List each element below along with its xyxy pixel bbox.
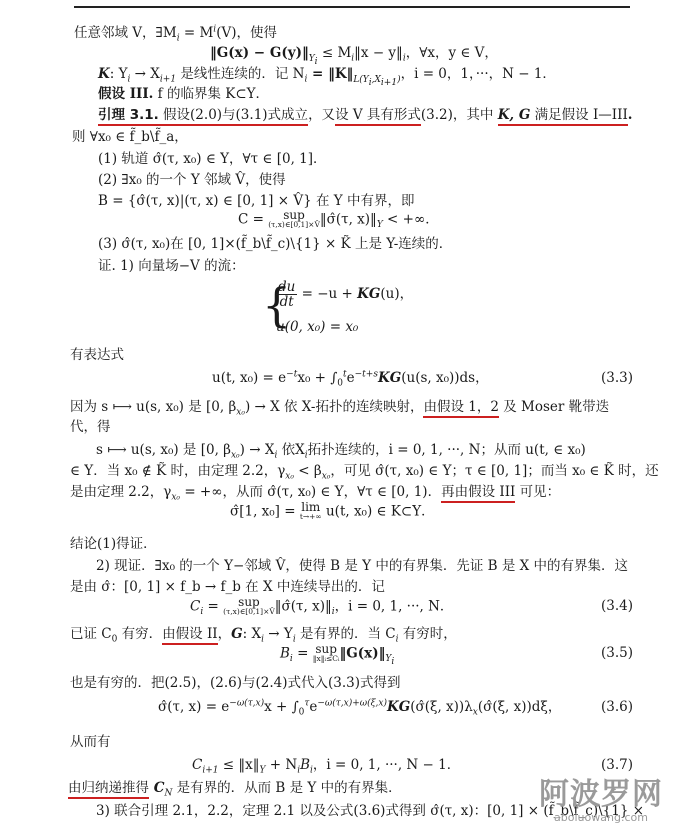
text: (σ̂(ξ, x))dξ， xyxy=(478,699,562,715)
text-line-finite: 也是有穷的．把(2.5)，(2.6)与(2.4)式代入(3.3)式得到 xyxy=(70,674,401,692)
watermark: 阿波罗网 aboluowang.com xyxy=(539,779,663,825)
lemma-3-1: 引理 3.1. 假设(2.0)与(3.1)式成立，又设 V 具有形式(3.2)，… xyxy=(98,106,633,124)
text: 已证 C xyxy=(70,626,112,642)
equation-number: (3.4) xyxy=(601,597,633,615)
text-expression-intro: 有表达式 xyxy=(70,346,124,364)
text: dt xyxy=(276,295,297,309)
equation-3-4: Ci = sup(τ,x)∈[0,1]×V̂‖σ̂(τ, x)‖i，i = 0,… xyxy=(190,597,673,617)
text: + N xyxy=(265,757,297,773)
item-2: (2) ∃x₀ 的一个 Y 邻域 V̂，使得 xyxy=(98,171,286,189)
item-1: (1) 轨道 σ̂(τ, x₀) ∈ Y，∀τ ∈ [0, 1]． xyxy=(98,150,327,168)
text: x₀ + ∫ xyxy=(297,370,337,386)
text: x + ∫ xyxy=(264,699,299,715)
text: ，∀x，y ∈ V， xyxy=(406,45,498,61)
ode-system: { dudt = −u + KG(u)， u(0, x₀) = x₀ xyxy=(262,278,462,338)
text: (V)，使得 xyxy=(216,25,277,41)
equation-3-3: u(t, x₀) = e−tx₀ + ∫0te−t+sKG(u(s, x₀))d… xyxy=(212,369,673,387)
text: (u(s, x₀))ds， xyxy=(401,370,488,386)
text: ‖x − y‖ xyxy=(354,45,403,61)
text: C xyxy=(149,780,164,796)
text-line-still: 是由定理 2.2，γx₀ = +∞，从而 σ̂(τ, x₀) ∈ Y，∀τ ∈ … xyxy=(70,483,560,501)
text: KG xyxy=(387,699,410,715)
ode-initial: u(0, x₀) = x₀ xyxy=(276,318,358,336)
text: t→+∞ xyxy=(300,512,322,522)
text: e xyxy=(347,370,355,386)
text: sup xyxy=(313,644,340,654)
item-3: (3) σ̂(τ, x₀)在 [0, 1]×(f̃_b\f̃_c)\{1} × … xyxy=(98,235,452,253)
text: ，又 xyxy=(308,107,335,123)
text: 有形式 xyxy=(380,107,421,126)
highlighted-text: 由假设 1，2 xyxy=(423,399,498,418)
text: B = {σ̂(τ, x)|(τ, x) ∈ [0, 1] × V̂} 在 Y … xyxy=(98,193,414,209)
text: u(t, x₀) = e xyxy=(212,370,286,386)
highlighted-text: 由假设 II xyxy=(162,626,217,645)
text: 是由定理 2.2，γ xyxy=(70,484,171,500)
text: 满足 xyxy=(530,107,561,123)
text: 从而有 xyxy=(70,734,111,750)
text: . xyxy=(628,107,633,123)
text: < β xyxy=(294,463,322,479)
text: ∈ Y．当 x₀ ∉ K̃ 时，由定理 2.2，γ xyxy=(70,463,285,479)
text: lim xyxy=(300,502,322,512)
text: 假设 I—III xyxy=(562,107,628,123)
text: → X xyxy=(130,66,160,82)
text: → Y xyxy=(264,626,293,642)
equation-limit: σ̂[1, x₀] = limt→+∞ u(t, x₀) ∈ K⊂Y． xyxy=(230,502,435,522)
text: = −u + xyxy=(297,286,357,302)
text: ≤ M xyxy=(318,45,352,61)
text: 有穷． xyxy=(117,626,162,642)
sup-operator: sup(τ,x)∈[0,1]×V̂ xyxy=(223,597,275,617)
text: 则 ∀x₀ ∈ f̃_b\f̃_a， xyxy=(72,129,188,145)
text: = xyxy=(293,646,313,662)
text: = ‖K‖ xyxy=(307,66,353,82)
text: 是有界的．从而 B 是 Y 中的有界集． xyxy=(172,780,401,796)
text: G xyxy=(231,626,243,642)
text: 代，得 xyxy=(70,419,111,435)
highlighted-text: 再由假设 III xyxy=(441,484,515,503)
text: ‖G(x) − G(y)‖ xyxy=(210,45,309,61)
text: ，i = 0, 1, ···, N． xyxy=(335,599,454,615)
text: 有穷时， xyxy=(399,626,457,642)
text: −ω(τ,x)+ω(ξ,x) xyxy=(317,699,387,709)
text: ， xyxy=(218,626,232,642)
text: ‖x‖ᵢ≤Cᵢ xyxy=(313,654,340,664)
text: sup xyxy=(223,597,275,607)
text: C xyxy=(190,599,200,615)
text: 及 Moser 靴带迭 xyxy=(499,399,609,415)
text: ，i = 0, 1, ···, N − 1． xyxy=(313,757,460,773)
watermark-title: 阿波罗网 xyxy=(539,779,663,811)
text: 拓扑连续的，i = 0, 1, ···, N；从而 u(t, ∈ x₀) xyxy=(308,442,586,458)
text-line-obtain: 代，得 xyxy=(70,418,111,436)
text: 是由 σ̂：[0, 1] × f_b → f_b 在 X 中连续导出的．记 xyxy=(70,579,385,595)
set-b-definition: B = {σ̂(τ, x)|(τ, x) ∈ [0, 1] × V̂} 在 Y … xyxy=(98,192,414,210)
text: 证. 1) 向量场−V 的流： xyxy=(98,258,245,274)
sup-operator: sup‖x‖ᵢ≤Cᵢ xyxy=(313,644,340,664)
text: sup xyxy=(268,210,320,220)
conclusion-1: 结论(1)得证． xyxy=(70,535,157,553)
text: : X xyxy=(243,626,261,642)
proof-step-1: 证. 1) 向量场−V 的流： xyxy=(98,257,245,275)
ode-equation: dudt = −u + KG(u)， xyxy=(276,280,413,309)
text: (3) σ̂(τ, x₀)在 [0, 1]×(f̃_b\f̃_c)\{1} × … xyxy=(98,236,452,252)
text: 假设(2.0)与(3.1)式成立 xyxy=(159,107,308,123)
text: −ω(τ,x) xyxy=(229,699,264,709)
text: u(t, x₀) ∈ K⊂Y． xyxy=(322,504,435,520)
fraction-du-dt: dudt xyxy=(276,280,297,309)
equation-number: (3.3) xyxy=(601,369,633,387)
text-line-proven: 已证 C0 有穷．由假设 II，G: Xi → Yi 是有界的．当 Ci 有穷时… xyxy=(70,625,457,643)
text: : Y xyxy=(110,66,128,82)
text: σ̂(τ, x) = e xyxy=(158,699,229,715)
text-line-k-map: K: Yi → Xi+1 是线性连续的．记 Ni = ‖K‖L(Yi,Xi+1)… xyxy=(98,65,556,83)
assumption-iii: 假设 III. f 的临界集 K⊂Y． xyxy=(98,85,269,103)
lim-operator: limt→+∞ xyxy=(300,502,322,522)
text: (σ̂(ξ, x))λ xyxy=(410,699,472,715)
text-line-thus: 从而有 xyxy=(70,733,111,751)
text: ) → X 依 X-拓扑的连续映射， xyxy=(245,399,424,415)
highlighted-text: 由归纳递推得 xyxy=(68,780,149,799)
header-rule xyxy=(74,6,630,8)
equation-3-7: Ci+1 ≤ ‖x‖Y + NiBi，i = 0, 1, ···, N − 1．… xyxy=(192,756,673,774)
text: C = xyxy=(238,212,268,228)
text: (1) 轨道 σ̂(τ, x₀) ∈ Y，∀τ ∈ [0, 1]． xyxy=(98,151,327,167)
equation-lipschitz: ‖G(x) − G(y)‖Yi ≤ Mi‖x − y‖i，∀x，y ∈ V， xyxy=(210,44,498,62)
text-line-then: 则 ∀x₀ ∈ f̃_b\f̃_a， xyxy=(72,128,188,146)
text: B xyxy=(300,757,310,773)
text: = M xyxy=(180,25,214,41)
text: KG xyxy=(357,286,380,302)
text: (τ,x)∈[0,1]×V̂ xyxy=(223,607,275,617)
text: ‖G(x)‖ xyxy=(340,646,386,662)
text: ，i = 0，1，···，N − 1． xyxy=(401,66,556,82)
text: 2) 现证．∃x₀ 的一个 Y−邻域 V̂，使得 B 是 Y 中的有界集．先证 … xyxy=(96,558,628,574)
text-line-when: ∈ Y．当 x₀ ∉ K̃ 时，由定理 2.2，γx₀ < βx₀，可见 σ̂(… xyxy=(70,462,659,480)
text: (u)， xyxy=(380,286,413,302)
equation-c-sup: C = sup(τ,x)∈[0,1]×V̂‖σ̂(τ, x)‖Y < +∞． xyxy=(238,210,439,230)
text: = +∞，从而 σ̂(τ, x₀) ∈ Y，∀τ ∈ [0, 1)． xyxy=(180,484,441,500)
text: 设 V 具 xyxy=(335,107,380,126)
equation-3-6: σ̂(τ, x) = e−ω(τ,x)x + ∫0τe−ω(τ,x)+ω(ξ,x… xyxy=(158,698,673,716)
text: du xyxy=(276,280,297,295)
watermark-url: aboluowang.com xyxy=(539,811,663,825)
text: 也是有穷的．把(2.5)，(2.6)与(2.4)式代入(3.3)式得到 xyxy=(70,675,401,691)
text: K xyxy=(98,66,110,82)
proof-step-2: 2) 现证．∃x₀ 的一个 Y−邻域 V̂，使得 B 是 Y 中的有界集．先证 … xyxy=(96,557,628,575)
text-line-because: 因为 s ⟼ u(s, x₀) 是 [0, βx₀) → X 依 X-拓扑的连续… xyxy=(70,398,609,416)
equation-number: (3.5) xyxy=(601,644,633,662)
text: K, G xyxy=(498,107,531,123)
text: ≤ ‖x‖ xyxy=(219,757,260,773)
text: 依X xyxy=(277,442,304,458)
equation-number: (3.6) xyxy=(601,698,633,716)
text: KG xyxy=(378,370,401,386)
sup-operator: sup(τ,x)∈[0,1]×V̂ xyxy=(268,210,320,230)
text: < +∞． xyxy=(383,212,439,228)
text-line-derive: 是由 σ̂：[0, 1] × f_b → f_b 在 X 中连续导出的．记 xyxy=(70,578,385,596)
text: 任意邻域 V，∃M xyxy=(74,25,177,41)
text-line-induction: 由归纳递推得 CN 是有界的．从而 B 是 Y 中的有界集． xyxy=(68,779,402,797)
text: (τ,x)∈[0,1]×V̂ xyxy=(268,220,320,230)
text: (2) ∃x₀ 的一个 Y 邻域 V̂，使得 xyxy=(98,172,286,188)
text: = xyxy=(203,599,223,615)
text: 有表达式 xyxy=(70,347,124,363)
text: 是有界的．当 C xyxy=(296,626,396,642)
text: u(0, x₀) = x₀ xyxy=(276,319,358,335)
text: 因为 s ⟼ u(s, x₀) 是 [0, β xyxy=(70,399,236,415)
text: C xyxy=(192,757,202,773)
text: ，可见 σ̂(τ, x₀) ∈ Y；τ ∈ [0, 1]；而当 x₀ ∈ K̃ … xyxy=(330,463,658,479)
lemma-label: 引理 3.1. xyxy=(98,107,159,123)
text: ‖σ̂(τ, x)‖ xyxy=(275,599,332,615)
text-line-xi-topology: s ⟼ u(s, x₀) 是 [0, βx₀) → Xi 依Xi拓扑连续的，i … xyxy=(96,441,586,459)
text: 可见： xyxy=(515,484,560,500)
equation-number: (3.7) xyxy=(601,756,633,774)
text: (3.2)，其中 xyxy=(421,107,498,123)
text: ‖σ̂(τ, x)‖ xyxy=(320,212,377,228)
text: ) → X xyxy=(240,442,275,458)
text: B xyxy=(280,646,290,662)
text: s ⟼ u(s, x₀) 是 [0, β xyxy=(96,442,231,458)
text: 是线性连续的．记 N xyxy=(176,66,304,82)
equation-3-5: Bi = sup‖x‖ᵢ≤Cᵢ‖G(x)‖Yi (3.5) xyxy=(280,644,673,664)
text: 结论(1)得证． xyxy=(70,536,157,552)
assumption-label: 假设 III. xyxy=(98,86,153,102)
text-line-neighborhood: 任意邻域 V，∃Mi = Mi(V)，使得 xyxy=(74,24,277,42)
text: σ̂[1, x₀] = xyxy=(230,504,300,520)
text: f 的临界集 K⊂Y． xyxy=(153,86,269,102)
